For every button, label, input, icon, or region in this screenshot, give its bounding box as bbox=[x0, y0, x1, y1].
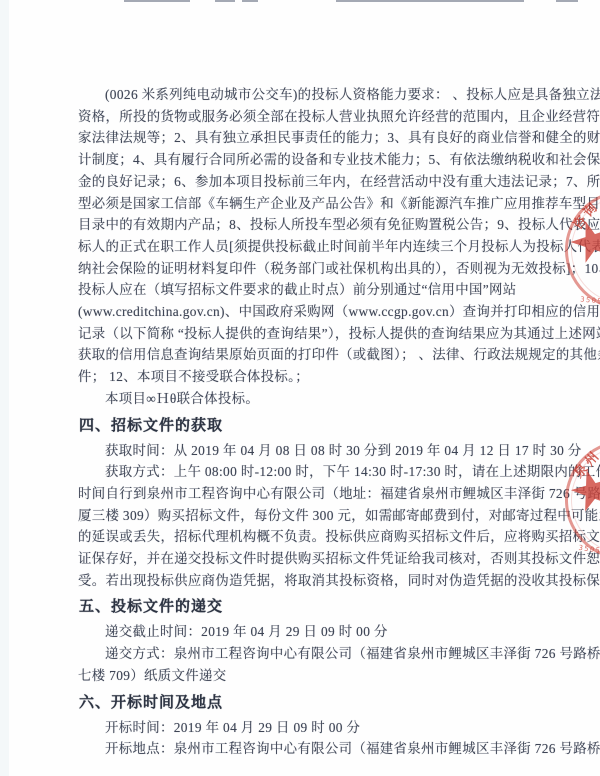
text-line: 的延误或丢失，招标代理机构概不负责。投标供应商购买招标文件后，应将购买招标文件凭 bbox=[78, 526, 534, 548]
text-line: 获取的信用信息查询结果原始页面的打印件（或截图）； 、法律、行政法规规定的其他条 bbox=[78, 344, 534, 366]
text-line: 开标地点：泉州市工程咨询中心有限公司（福建省泉州市鲤城区丰泽街 726 号路桥大… bbox=[78, 738, 534, 760]
text-line: 递交方式：泉州市工程咨询中心有限公司（福建省泉州市鲤城区丰泽街 726 号路桥大… bbox=[78, 643, 534, 665]
star-icon: ★ bbox=[561, 208, 600, 274]
scanned-tender-document-page: (0026 米系列纯电动城市公交车)的投标人资格能力要求： 、投标人应是具备独立… bbox=[0, 0, 600, 776]
text-line: 时间自行到泉州市工程咨询中心有限公司（地址：福建省泉州市鲤城区丰泽街 726 号… bbox=[78, 483, 534, 505]
text-line: 计制度；4、具有履行合同所必需的设备和专业技术能力；5、有依法缴纳税收和社会保障… bbox=[78, 149, 534, 171]
star-icon: ★ bbox=[562, 458, 600, 523]
text-line: 证保存好，并在递交投标文件时提供购买招标文件凭证给我司核对，否则其投标文件恕不接 bbox=[78, 548, 534, 570]
text-line: 家法律法规等；2、具有独立承担民事责任的能力；3、具有良好的商业信誉和健全的财务… bbox=[78, 127, 534, 149]
text-line: 纳社会保险的证明材料复印件（税务部门或社保机构出具的），否则视为无效投标]；10… bbox=[78, 258, 534, 280]
text-line: 递交截止时间：2019 年 04 月 29 日 09 时 00 分 bbox=[78, 621, 534, 643]
text-line: 金的良好记录；6、参加本项目投标前三年内，在经营活动中没有重大违法记录；7、所投… bbox=[78, 171, 534, 193]
section-heading: 四、招标文件的获取 bbox=[78, 410, 534, 440]
text-line: 获取时间：从 2019 年 04 月 08 日 08 时 30 分到 2019 … bbox=[78, 440, 534, 462]
text-line: (0026 米系列纯电动城市公交车)的投标人资格能力要求： 、投标人应是具备独立… bbox=[78, 84, 534, 106]
text-line: 资格，所投的货物或服务必须全部在投标人营业执照允许经营的范围内，且企业经营符合国 bbox=[78, 106, 534, 128]
qualification-requirements-paragraph: (0026 米系列纯电动城市公交车)的投标人资格能力要求： 、投标人应是具备独立… bbox=[78, 84, 534, 410]
section-document-acquisition: 四、招标文件的获取 获取时间：从 2019 年 04 月 08 日 08 时 3… bbox=[78, 410, 534, 592]
text-line: 本项目∞Ｈθ联合体投标。 bbox=[78, 388, 534, 410]
section-heading: 六、开标时间及地点 bbox=[78, 687, 534, 717]
document-body: (0026 米系列纯电动城市公交车)的投标人资格能力要求： 、投标人应是具备独立… bbox=[78, 84, 534, 760]
scan-artifact bbox=[242, 0, 258, 2]
scan-artifact bbox=[336, 0, 524, 2]
text-line: 型必须是国家工信部《车辆生产企业及产品公告》和《新能源汽车推广应用推荐车型目录》 bbox=[78, 193, 534, 215]
text-line: 获取方式：上午 08:00 时-12:00 时，下午 14:30 时-17:30… bbox=[78, 461, 534, 483]
text-line: 受。若出现投标供应商伪造凭据，将取消其投标资格，同时对伪造凭据的没收其投标保证金… bbox=[78, 570, 534, 592]
section-heading: 五、投标文件的递交 bbox=[78, 591, 534, 621]
section-bid-opening: 六、开标时间及地点 开标时间：2019 年 04 月 29 日 09 时 00 … bbox=[78, 687, 534, 760]
section-bid-submission: 五、投标文件的递交 递交截止时间：2019 年 04 月 29 日 09 时 0… bbox=[78, 591, 534, 686]
text-line: 目录中的有效期内产品；8、投标人所投车型必须有免征购置税公告；9、投标人代表应为… bbox=[78, 214, 534, 236]
text-line: 投标人应在（填写招标文件要求的截止时点）前分别通过“信用中国”网站 bbox=[78, 279, 534, 301]
scan-edge-strip bbox=[0, 0, 9, 776]
text-line: (www.creditchina.gov.cn)、中国政府采购网（www.ccg… bbox=[78, 301, 534, 323]
text-line: 厦三楼 309）购买招标文件，每份文件 300 元，如需邮寄邮费到付，对邮寄过程… bbox=[78, 505, 534, 527]
text-line: 七楼 709）纸质文件递交 bbox=[78, 665, 534, 687]
scan-artifact bbox=[215, 0, 235, 2]
text-line: 件； 12、本项目不接受联合体投标。； bbox=[78, 366, 534, 388]
scan-artifact bbox=[556, 0, 578, 2]
text-line: 记录（以下简称 “投标人提供的查询结果”），投标人提供的查询结果应为其通过上述网… bbox=[78, 323, 534, 345]
text-line: 标人的正式在职工作人员[须提供投标截止时间前半年内连续三个月投标人为投标人代表缴 bbox=[78, 236, 534, 258]
text-line: 开标时间：2019 年 04 月 29 日 09 时 00 分 bbox=[78, 717, 534, 739]
scan-artifact bbox=[124, 0, 190, 2]
